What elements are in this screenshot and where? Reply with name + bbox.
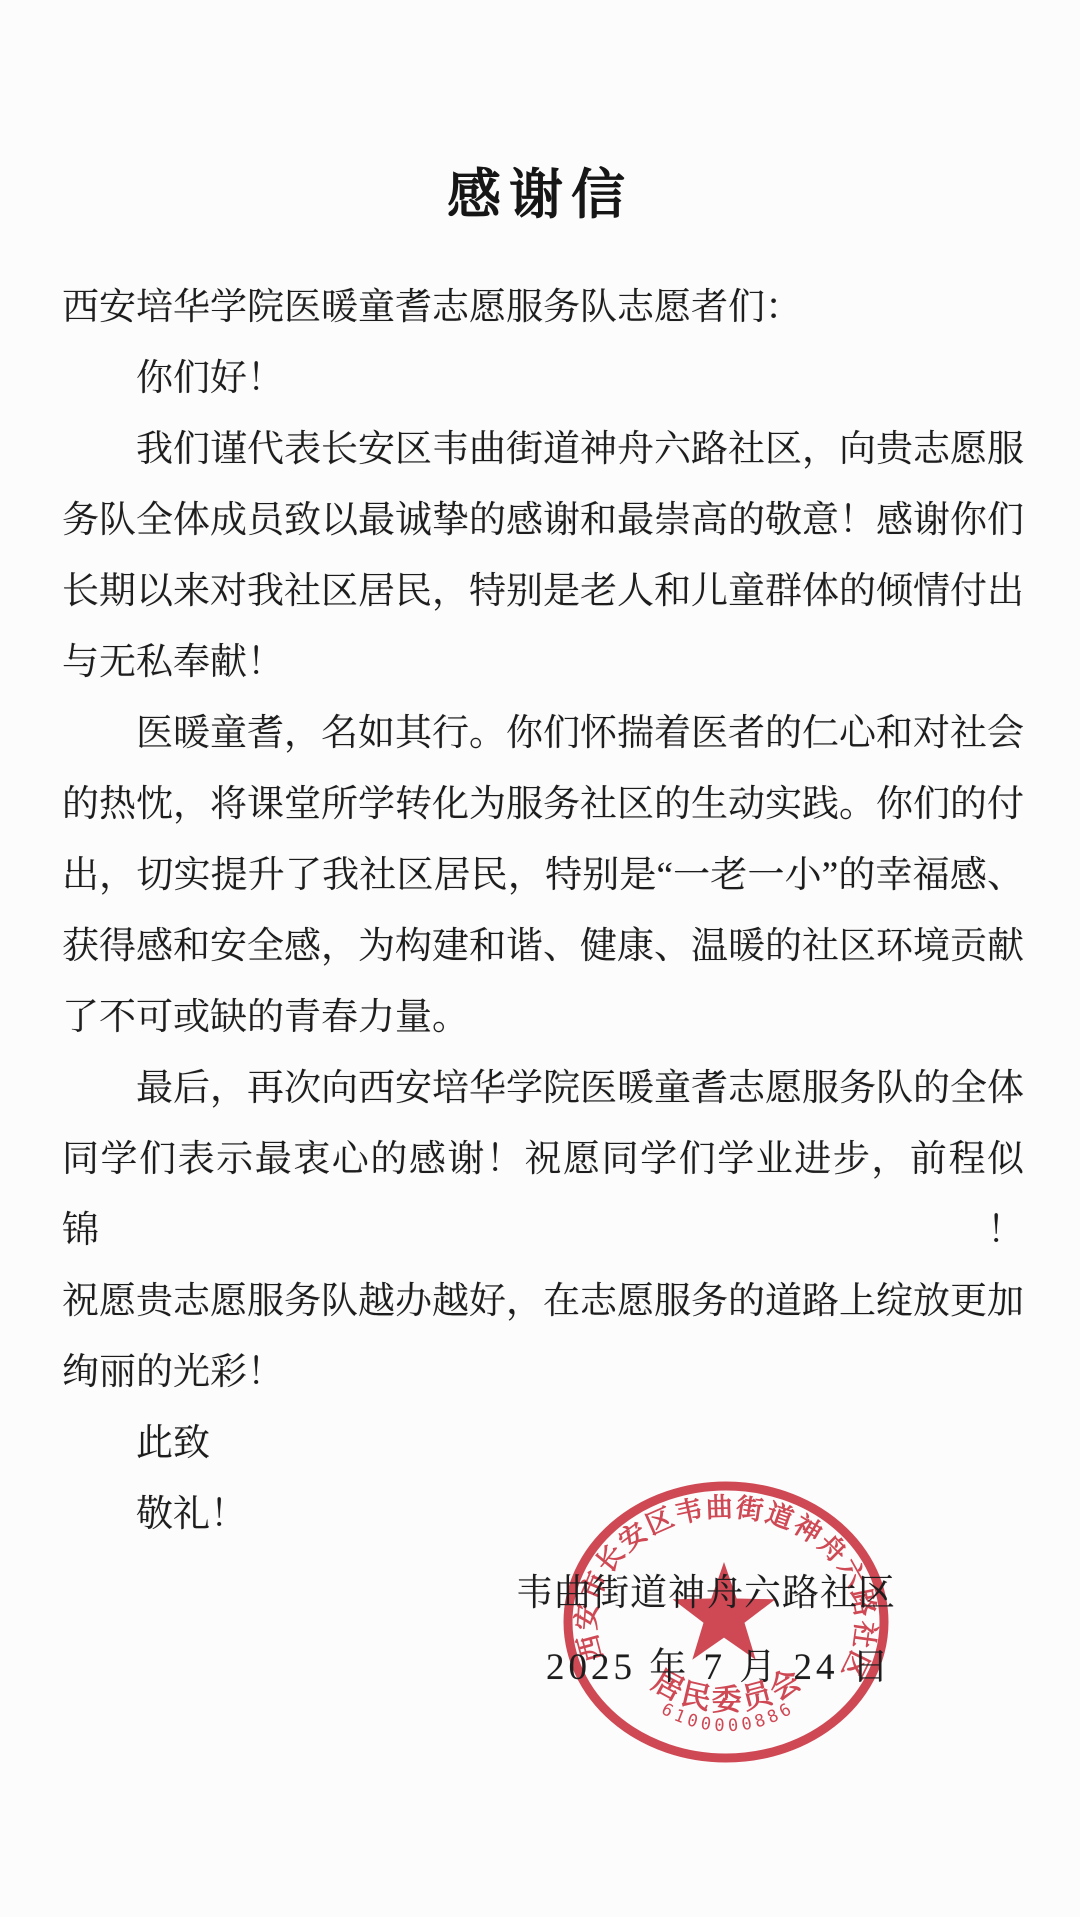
date-line: 2025 年 7 月 24 日	[546, 1636, 893, 1690]
body-line: 绚丽的光彩！	[62, 1337, 1024, 1408]
body-line: 你们好！	[62, 343, 1024, 414]
body-line: 我们谨代表长安区韦曲街道神舟六路社区，向贵志愿服	[62, 414, 1024, 485]
body-line: 的热忱，将课堂所学转化为服务社区的生动实践。你们的付	[62, 769, 1024, 840]
body-line: 医暖童耆，名如其行。你们怀揣着医者的仁心和对社会	[62, 698, 1024, 769]
body-line: 与无私奉献！	[62, 627, 1024, 698]
body-line: 最后，再次向西安培华学院医暖童耆志愿服务队的全体	[62, 1053, 1024, 1124]
official-seal: 西安市长安区韦曲街道神舟六路社区 居民委员会 6100000886932	[558, 1480, 894, 1764]
body-line: 获得感和安全感，为构建和谐、健康、温暖的社区环境贡献	[62, 911, 1024, 982]
letter-body: 西安培华学院医暖童耆志愿服务队志愿者们： 你们好！ 我们谨代表长安区韦曲街道神舟…	[62, 272, 1024, 1550]
closing-cihzi-line: 此致	[62, 1408, 1024, 1479]
body-line: 出，切实提升了我社区居民，特别是“一老一小”的幸福感、	[62, 840, 1024, 911]
signature-line: 韦曲街道神舟六路社区	[516, 1562, 896, 1616]
body-line: 同学们表示最衷心的感谢！祝愿同学们学业进步，前程似锦！	[62, 1124, 1024, 1266]
body-line: 长期以来对我社区居民，特别是老人和儿童群体的倾情付出	[62, 556, 1024, 627]
body-line: 务队全体成员致以最诚挚的感谢和最崇高的敬意！感谢你们	[62, 485, 1024, 556]
body-line: 祝愿贵志愿服务队越办越好，在志愿服务的道路上绽放更加	[62, 1266, 1024, 1337]
salutation-line: 西安培华学院医暖童耆志愿服务队志愿者们：	[62, 272, 1024, 343]
body-line: 了不可或缺的青春力量。	[62, 982, 1024, 1053]
letter-page: 感谢信 西安培华学院医暖童耆志愿服务队志愿者们： 你们好！ 我们谨代表长安区韦曲…	[0, 0, 1080, 1917]
letter-title: 感谢信	[0, 152, 1080, 229]
